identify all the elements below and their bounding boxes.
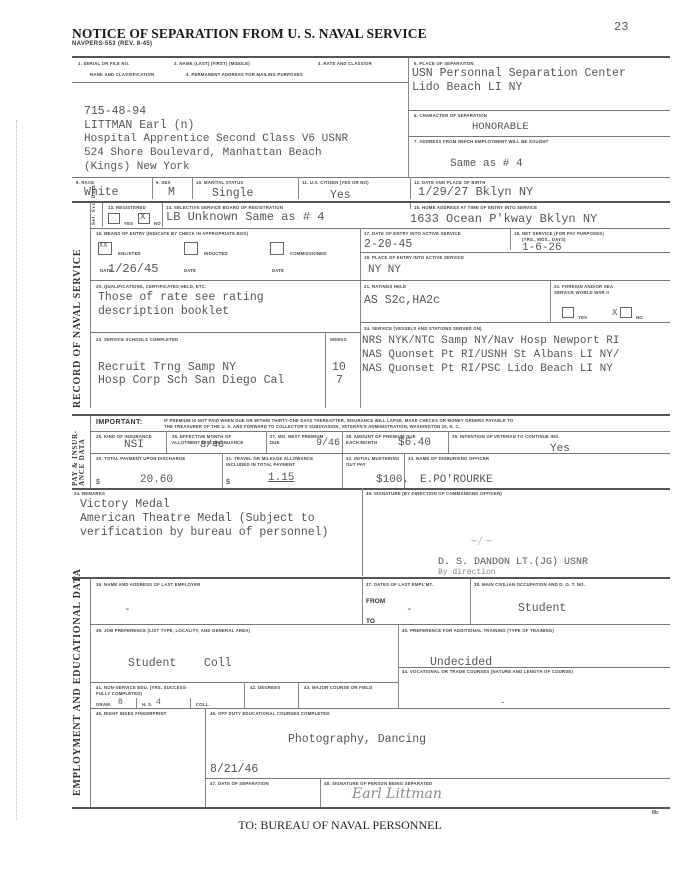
- race-value: White: [84, 186, 119, 200]
- foreign-no-label: NO: [636, 315, 643, 320]
- label-rate: 3. RATE AND CLASS/OR: [318, 61, 372, 66]
- divider: [192, 177, 193, 199]
- label-last-employer: 36. NAME AND ADDRESS OF LAST EMPLOYER: [96, 582, 201, 587]
- label-vocational: 44. VOCATIONAL OR TRADE COURSES (NATURE …: [402, 669, 573, 674]
- qualifications-line2: description booklet: [98, 305, 229, 319]
- divider: [152, 177, 153, 199]
- label-due: DUE: [270, 440, 280, 445]
- label-foreign-service-ww2: SERVICE WORLD WAR II: [554, 290, 609, 295]
- gram-value: 8: [118, 698, 123, 708]
- divider: [510, 228, 511, 250]
- section-rule: [90, 579, 91, 807]
- divider: [362, 579, 363, 624]
- divider: [342, 431, 343, 488]
- section-label-pay-insurance: PAY & INSUR-ANCE DATA: [72, 416, 86, 486]
- job-preference-value: Student Coll: [128, 657, 232, 671]
- name-value: LITTMAN Earl (n): [84, 119, 194, 133]
- label-total-payment: 30. TOTAL PAYMENT UPON DISCHARGE: [96, 456, 186, 461]
- dollar-sign: $: [226, 479, 230, 486]
- label-out-pay: OUT PAY: [346, 462, 366, 467]
- scan-margin: [16, 120, 18, 820]
- hs-value: 4: [156, 698, 161, 708]
- divider: [404, 453, 405, 488]
- character-value: HONORABLE: [472, 121, 529, 134]
- school-weeks-1: 10: [332, 361, 346, 375]
- rule: [90, 228, 670, 229]
- section-label-employment: EMPLOYMENT AND EDUCATIONAL DATA: [72, 568, 83, 796]
- label-coll: COLL.: [196, 702, 210, 707]
- important-label: IMPORTANT:: [96, 419, 143, 426]
- address-line1: 524 Shore Boulevard, Manhattan Beach: [84, 147, 322, 160]
- enlisted-label: ENLISTED: [118, 251, 141, 256]
- commissioned-checkbox[interactable]: [270, 242, 284, 255]
- registered-no-label: NO: [154, 221, 161, 226]
- ratings-value: AS S2c,HA2c: [364, 294, 440, 308]
- selective-board-value: LB Unknown Same as # 4: [166, 210, 324, 224]
- divider: [398, 624, 399, 708]
- label-travel-included: INCLUDED IN TOTAL PAYMENT: [226, 462, 295, 467]
- label-ratings: 21. RATINGS HELD: [364, 284, 406, 289]
- divider: [298, 177, 299, 199]
- last-empl-dates-value: -: [406, 604, 413, 617]
- label-citizen: 11. U.S. CITIZEN (YES OR NO): [302, 180, 369, 185]
- divider: [362, 488, 363, 576]
- label-travel: 31. TRAVEL OR MILEAGE ALLOWANCE: [226, 456, 313, 461]
- remarks-line2: American Theatre Medal (Subject to: [80, 512, 315, 526]
- sex-value: M: [168, 186, 175, 200]
- enlisted-mark: XX: [99, 242, 107, 250]
- rule: [72, 488, 670, 490]
- rule: [408, 110, 670, 111]
- label-non-service-edu: 41. NON-SERVICE EDU. (YRS. SUCCESS-: [96, 685, 187, 690]
- intention-value: Yes: [550, 443, 570, 456]
- label-sex: 9. SEX: [156, 180, 171, 185]
- label-weeks: WEEKS: [330, 337, 347, 342]
- date-label-inducted: DATE: [184, 268, 196, 273]
- last-employer-value: -: [124, 604, 131, 617]
- important-text-line1: IF PREMIUM IS NOT PAID WHEN DUE OR WITHI…: [164, 418, 513, 423]
- remarks-line3: verification by bureau of personnel): [80, 526, 328, 540]
- label-mustering: 32. INITIAL MUSTERING: [346, 456, 399, 461]
- total-payment-value: 20.60: [140, 474, 173, 487]
- place-of-separation-line1: USN Personnal Separation Center: [412, 67, 626, 81]
- footer-destination: TO: BUREAU OF NAVAL PERSONNEL: [0, 818, 680, 833]
- foreign-no-checkbox[interactable]: [620, 307, 632, 318]
- label-name: 2. NAME (LAST) (FIRST) (MIDDLE): [174, 61, 250, 66]
- label-occupation: 38. MAIN CIVILIAN OCCUPATION AND D. O. T…: [474, 582, 585, 587]
- corner-mark: Mc: [652, 810, 659, 816]
- label-disbursing-officer: 33. NAME OF DISBURSING OFFICER: [408, 456, 489, 461]
- label-character: 6. CHARACTER OF SEPARATION: [414, 113, 487, 118]
- label-separation-date: 47. DATE OF SEPARATION: [210, 781, 269, 786]
- section-rule: [90, 416, 91, 488]
- label-qualifications: 20. QUALIFICATIONS, CERTIFICATES HELD, E…: [96, 284, 206, 289]
- service-line2: NAS Quonset Pt RI/USNH St Albans LI NY/: [362, 349, 619, 362]
- label-fingerprint: 45. RIGHT INDEX FINGERPRINT: [96, 711, 167, 716]
- commissioned-label: COMMISSIONED: [290, 251, 327, 256]
- rule: [360, 252, 670, 253]
- rule: [72, 82, 408, 83]
- date-label-commissioned: DATE: [272, 268, 284, 273]
- next-premium-value: 9/46: [316, 438, 340, 450]
- label-active-date: 17. DATE OF ENTRY INTO ACTIVE SERVICE: [364, 231, 461, 236]
- dollar-sign: $: [96, 479, 100, 486]
- divider: [325, 332, 326, 408]
- disbursing-officer-value: E.PO'ROURKE: [420, 474, 493, 487]
- divider: [298, 682, 299, 708]
- travel-value: 1.15: [268, 472, 294, 485]
- inducted-checkbox[interactable]: [184, 242, 198, 255]
- divider: [470, 579, 471, 624]
- foreign-mark: X: [612, 308, 617, 319]
- rule: [90, 280, 670, 281]
- label-entry-place: 19. PLACE OF ENTRY INTO ACTIVE SERVICE: [364, 255, 464, 260]
- premium-amount-value: $6.40: [398, 437, 431, 450]
- entry-place-value: NY NY: [368, 264, 401, 277]
- label-off-duty-courses: 46. OFF DUTY EDUCATIONAL COURSES COMPLET…: [210, 711, 330, 716]
- divider: [320, 778, 321, 807]
- marital-value: Single: [212, 187, 253, 201]
- rule: [90, 453, 670, 454]
- rule: [398, 667, 670, 668]
- section-label-sel-svc: Sel. Svc. Data: [92, 185, 97, 225]
- rule: [90, 624, 670, 625]
- rule: [90, 431, 670, 432]
- label-marital: 10. MARITAL STATUS: [196, 180, 243, 185]
- school-name-1: Recruit Trng Samp NY: [98, 361, 236, 375]
- divider: [136, 698, 137, 708]
- divider: [102, 203, 103, 227]
- school-name-2: Hosp Corp Sch San Diego Cal: [98, 374, 284, 388]
- separation-date-value: 8/21/46: [210, 763, 258, 777]
- form-number: NAVPERS-553 (REV. 8-45): [72, 41, 152, 47]
- label-gram: GRAM.: [96, 702, 111, 707]
- home-address-value: 1633 Ocean P'kway Bklyn NY: [410, 212, 597, 226]
- effective-month-value: 8/46: [200, 440, 224, 452]
- remarks-line1: Victory Medal: [80, 498, 170, 512]
- page-number: 23: [614, 20, 628, 34]
- label-intention: 29. INTENTION OF VETERAN TO CONTINUE INS…: [452, 434, 560, 439]
- divider: [448, 431, 449, 453]
- rule: [205, 778, 670, 779]
- label-vessels-stations: 24. SERVICE (VESSELS AND STATIONS SERVED…: [364, 326, 482, 331]
- label-employment-address: 7. ADDRESS FROM WHICH EMPLOYMENT WILL BE…: [414, 139, 549, 144]
- important-text-line2: THE TREASURER OF THE U. S. AND FORWARD T…: [164, 424, 460, 429]
- occupation-value: Student: [518, 602, 566, 616]
- label-home-address: 15. HOME ADDRESS AT TIME OF ENTRY INTO S…: [414, 205, 537, 210]
- rule: [90, 332, 360, 333]
- divider: [408, 58, 409, 178]
- divider: [222, 453, 223, 488]
- active-date-value: 2-20-45: [364, 238, 412, 252]
- registered-yes-checkbox[interactable]: [108, 213, 120, 224]
- co-signature-scribble: ~/ ~: [470, 536, 493, 547]
- foreign-yes-label: YES: [578, 315, 587, 320]
- rule: [72, 414, 670, 416]
- rule: [72, 577, 670, 579]
- section-label-naval-service: RECORD OF NAVAL SERVICE: [72, 249, 83, 408]
- divider: [360, 228, 361, 408]
- insurance-kind-value: NSI: [124, 439, 144, 452]
- section-rule: [90, 203, 91, 408]
- label-permanent-address: 4. PERMANENT ADDRESS FOR MAILING PURPOSE…: [186, 72, 303, 77]
- label-place-of-separation: 5. PLACE OF SEPARATION: [414, 61, 474, 66]
- label-each-month: EACH MONTH: [346, 440, 377, 445]
- label-effective-month: 26. EFFECTIVE MONTH OF: [172, 434, 231, 439]
- foreign-yes-checkbox[interactable]: [562, 307, 574, 318]
- rule: [360, 322, 670, 323]
- rate-value: Hospital Apprentice Second Class V6 USNR: [84, 133, 348, 146]
- label-service-schools: 23. SERVICE SCHOOLS COMPLETED: [96, 337, 178, 342]
- rule: [90, 708, 670, 709]
- label-fully-completed: FULLY COMPLETED): [96, 691, 142, 696]
- label-serial: 1. SERIAL OR FILE NO.: [78, 61, 130, 66]
- divider: [162, 203, 163, 227]
- signature: Earl Littman: [352, 786, 442, 802]
- divider: [244, 682, 245, 708]
- birth-value: 1/29/27 Bklyn NY: [418, 185, 533, 199]
- divider: [266, 431, 267, 453]
- divider: [550, 280, 551, 322]
- label-registered: 13. REGISTERED: [108, 205, 146, 210]
- divider: [410, 177, 411, 199]
- net-service-value: 1-6-26: [522, 242, 562, 255]
- divider: [205, 708, 206, 807]
- divider: [166, 431, 167, 453]
- label-means-of-entry: 16. MEANS OF ENTRY (INDICATE BY CHECK IN…: [96, 231, 248, 236]
- school-weeks-2: 7: [336, 374, 343, 388]
- label-hs: H. S.: [142, 702, 153, 707]
- label-co-signature: 35. SIGNATURE (BY DIRECTION OF COMMANDIN…: [366, 491, 502, 496]
- top-rule: [72, 56, 670, 58]
- label-last-empl-dates: 37. DATES OF LAST EMPL'MT.: [366, 582, 433, 587]
- place-of-separation-line2: Lido Beach LI NY: [412, 81, 522, 95]
- rule: [408, 136, 670, 137]
- service-line1: NRS NYK/NTC Samp NY/Nav Hosp Newport RI: [362, 335, 619, 348]
- off-duty-value: Photography, Dancing: [288, 733, 426, 747]
- qualifications-line1: Those of rate see rating: [98, 291, 264, 305]
- rule: [72, 807, 670, 809]
- label-remarks: 34. REMARKS: [74, 491, 105, 496]
- label-major: 43. MAJOR COURSE OR FIELD: [304, 685, 373, 690]
- label-job-preference: 39. JOB PREFERENCE (LIST TYPE, LOCALITY,…: [96, 628, 250, 633]
- enlisted-date-value: 1/26/45: [108, 262, 158, 276]
- address-line2: (Kings) New York: [84, 161, 190, 174]
- label-foreign-service: 22. FOREIGN AND/OR SEA: [554, 284, 613, 289]
- rule: [72, 177, 670, 178]
- employment-address-value: Same as # 4: [450, 158, 523, 171]
- from-label: FROM: [366, 598, 385, 605]
- label-degrees: 42. DEGREES: [250, 685, 280, 690]
- label-rank: RANK AND CLASSIFICATION: [90, 72, 154, 77]
- serial-number: 715-48-94: [84, 105, 146, 119]
- label-training-preference: 40. PREFERENCE FOR ADDITIONAL TRAINING (…: [402, 628, 554, 633]
- divider: [190, 698, 191, 708]
- registered-yes-label: YES: [124, 221, 133, 226]
- divider: [410, 203, 411, 209]
- service-line3: NAS Quonset Pt RI/PSC Lido Beach LI NY: [362, 363, 613, 376]
- inducted-label: INDUCTED: [204, 251, 228, 256]
- form-title: NOTICE OF SEPARATION FROM U. S. NAVAL SE…: [72, 26, 427, 42]
- label-net-service: 18. NET SERVICE (FOR PAY PURPOSES): [514, 231, 604, 236]
- registered-mark: X: [140, 212, 145, 223]
